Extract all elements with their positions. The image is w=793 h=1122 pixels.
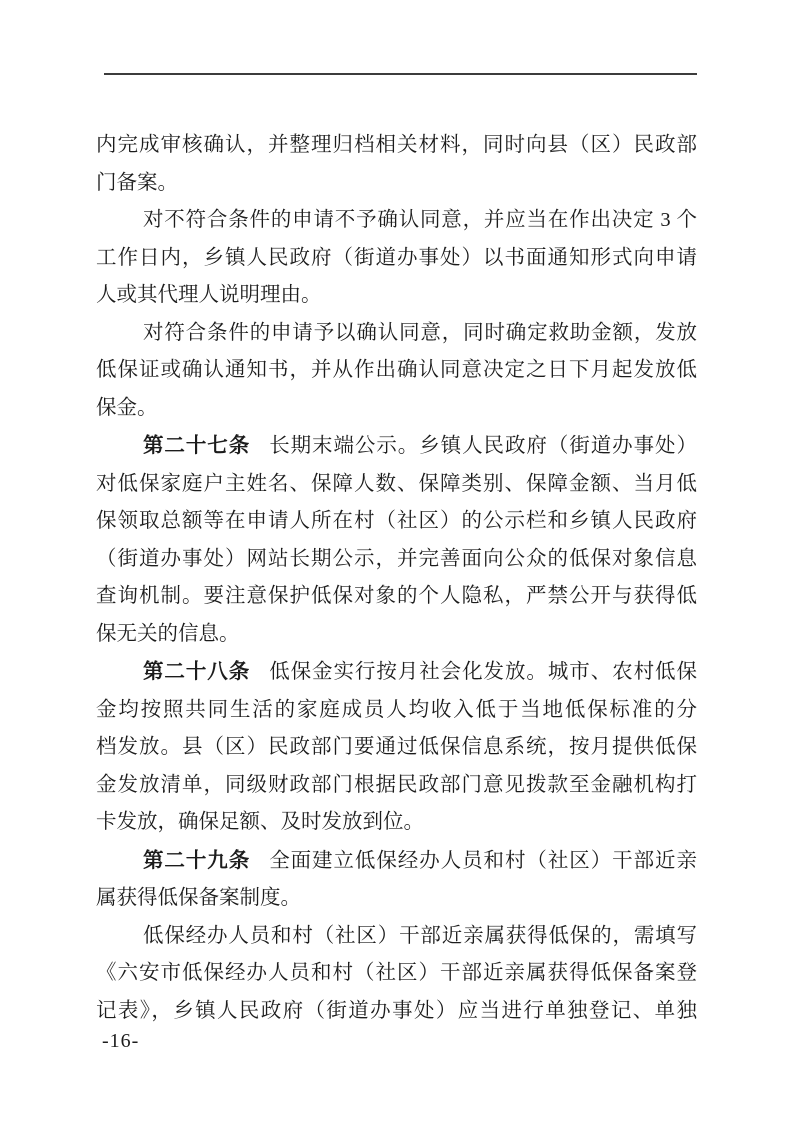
text-line: 门备案。 <box>96 165 697 203</box>
text-line: 保无关的信息。 <box>96 616 697 654</box>
text-line: 第二十九条全面建立低保经办人员和村（社区）干部近亲 <box>96 842 697 881</box>
text-line: 内完成审核确认，并整理归档相关材料，同时向县（区）民政部 <box>96 127 697 165</box>
paragraph: 内完成审核确认，并整理归档相关材料，同时向县（区）民政部 门备案。 <box>96 127 697 202</box>
text-line: 对不符合条件的申请不予确认同意，并应当在作出决定 3 个 <box>96 202 697 240</box>
article-text: 低保金实行按月社会化发放。城市、农村低保 <box>269 661 697 683</box>
text-line: 第二十八条低保金实行按月社会化发放。城市、农村低保 <box>96 653 697 692</box>
text-line: （街道办事处）网站长期公示，并完善面向公众的低保对象信息 <box>96 541 697 579</box>
text-line: 第二十七条长期末端公示。乡镇人民政府（街道办事处） <box>96 427 697 466</box>
text-line: 卡发放，确保足额、及时发放到位。 <box>96 804 697 842</box>
paragraph-article-28: 第二十八条低保金实行按月社会化发放。城市、农村低保 金均按照共同生活的家庭成员人… <box>96 653 697 842</box>
paragraph-article-29: 第二十九条全面建立低保经办人员和村（社区）干部近亲 属获得低保备案制度。 <box>96 842 697 918</box>
text-line: 《六安市低保经办人员和村（社区）干部近亲属获得低保备案登 <box>96 955 697 993</box>
text-line: 记表》，乡镇人民政府（街道办事处）应当进行单独登记、单独 <box>96 993 697 1031</box>
text-line: 工作日内，乡镇人民政府（街道办事处）以书面通知形式向申请 <box>96 240 697 278</box>
text-line: 档发放。县（区）民政部门要通过低保信息系统，按月提供低保 <box>96 729 697 767</box>
text-line: 属获得低保备案制度。 <box>96 880 697 918</box>
page-number: -16- <box>102 1028 139 1054</box>
paragraph: 低保经办人员和村（社区）干部近亲属获得低保的，需填写 《六安市低保经办人员和村（… <box>96 918 697 1031</box>
text-line: 金均按照共同生活的家庭成员人均收入低于当地低保标准的分 <box>96 692 697 730</box>
header-rule <box>104 73 697 75</box>
text-line: 金发放清单，同级财政部门根据民政部门意见拨款至金融机构打 <box>96 767 697 805</box>
article-number: 第二十八条 <box>143 660 250 683</box>
paragraph: 对符合条件的申请予以确认同意，同时确定救助金额，发放 低保证或确认通知书，并从作… <box>96 315 697 428</box>
document-page: 内完成审核确认，并整理归档相关材料，同时向县（区）民政部 门备案。 对不符合条件… <box>0 0 793 1122</box>
paragraph-article-27: 第二十七条长期末端公示。乡镇人民政府（街道办事处） 对低保家庭户主姓名、保障人数… <box>96 427 697 653</box>
text-line: 保金。 <box>96 390 697 428</box>
text-line: 对低保家庭户主姓名、保障人数、保障类别、保障金额、当月低 <box>96 466 697 504</box>
article-text: 长期末端公示。乡镇人民政府（街道办事处） <box>269 435 697 457</box>
text-line: 保领取总额等在申请人所在村（社区）的公示栏和乡镇人民政府 <box>96 503 697 541</box>
text-line: 对符合条件的申请予以确认同意，同时确定救助金额，发放 <box>96 315 697 353</box>
article-text: 全面建立低保经办人员和村（社区）干部近亲 <box>269 850 697 872</box>
article-number: 第二十九条 <box>143 849 250 872</box>
article-number: 第二十七条 <box>143 434 250 457</box>
text-line: 查询机制。要注意保护低保对象的个人隐私，严禁公开与获得低 <box>96 578 697 616</box>
text-line: 人或其代理人说明理由。 <box>96 277 697 315</box>
paragraph: 对不符合条件的申请不予确认同意，并应当在作出决定 3 个 工作日内，乡镇人民政府… <box>96 202 697 315</box>
text-line: 低保经办人员和村（社区）干部近亲属获得低保的，需填写 <box>96 918 697 956</box>
text-line: 低保证或确认通知书，并从作出确认同意决定之日下月起发放低 <box>96 352 697 390</box>
document-body: 内完成审核确认，并整理归档相关材料，同时向县（区）民政部 门备案。 对不符合条件… <box>96 127 697 1030</box>
